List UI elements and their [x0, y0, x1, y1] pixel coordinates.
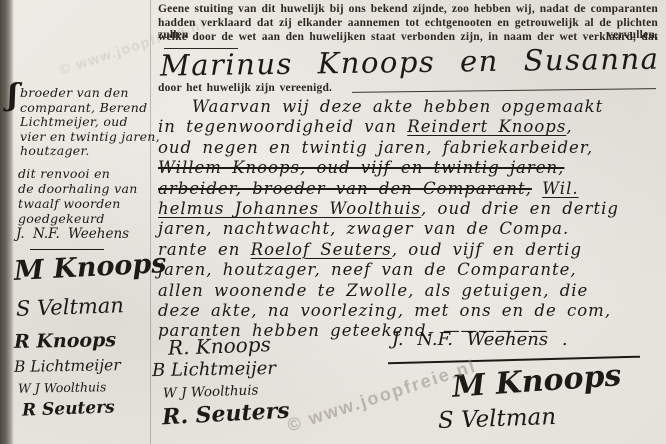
body-line: allen woonende te Zwolle, als getuigen, … [158, 281, 664, 301]
text-segment: in tegenwoordigheid van [158, 117, 407, 136]
body-line: jaren, houtzager, neef van de Comparante… [158, 260, 664, 280]
text-segment: Waarvan wij deze akte hebben opgemaakt [192, 97, 603, 116]
handwritten-body-paragraph: Waarvan wij deze akte hebben opgemaakt i… [158, 97, 664, 342]
text-segment: , oud drie en dertig [421, 199, 619, 218]
margin-note-line: vier en twintig jaren, [20, 130, 150, 145]
margin-approval-note: dit renvooi en de doorhaling van twaalf … [18, 166, 148, 226]
margin-signature-groom: M Knoops [13, 248, 167, 287]
text-segment: jaren, nachtwacht, zwager van de Compa. [158, 219, 569, 238]
body-line: in tegenwoordigheid van Reindert Knoops, [158, 117, 664, 137]
margin-signature-witness-4: R Seuters [22, 397, 115, 420]
printed-vereenigd-line: door het huwelijk zijn vereenigd. [158, 82, 332, 94]
text-segment: Reindert Knoops [407, 117, 566, 136]
margin-signature-bride: S Veltman [16, 293, 125, 321]
renvooi-insertion-mark: ʃ [8, 78, 18, 113]
text-segment: jaren, houtzager, neef van de Comparante… [158, 260, 577, 279]
signature-witness-2: B Lichtmeijer [152, 358, 276, 381]
margin-note-line: broeder van den [20, 86, 150, 101]
margin-approval-line: dit renvooi en [18, 166, 148, 181]
printed-header-line-3-text: welke door de wet aan den huwelijken sta… [158, 31, 658, 43]
signature-witness-3: W J Woolthuis [163, 382, 259, 401]
text-segment [532, 179, 542, 198]
body-line-struck: arbeider, broeder van den Comparant, Wil… [158, 179, 664, 199]
margin-signature-witness-1: R Knoops [14, 329, 116, 353]
margin-approval-line: goedgekeurd [18, 211, 148, 226]
signature-witness-1: R. Knoops [168, 332, 272, 360]
text-segment: Willem Knoops, oud vijf en twintig jaren… [158, 158, 564, 177]
page-binding-shadow [0, 0, 14, 444]
body-line-struck: Willem Knoops, oud vijf en twintig jaren… [158, 158, 664, 178]
margin-column: ʃ broeder van den comparant, Berend Lich… [14, 0, 150, 444]
margin-signature-official: J. N.F. Weehens [16, 226, 129, 242]
margin-note-line: houtzager. [20, 144, 150, 159]
body-line: deze akte, na voorlezing, met ons en de … [158, 301, 664, 321]
signature-witness-4: R. Seuters [161, 398, 290, 431]
text-segment: Wil. [542, 179, 578, 198]
text-segment: allen woonende te Zwolle, als getuigen, … [158, 281, 588, 300]
margin-note: broeder van den comparant, Berend Lichtm… [20, 86, 150, 159]
margin-signature-witness-2: B Lichtmeijer [14, 356, 121, 376]
margin-separator-line [150, 0, 151, 444]
margin-approval-line: twaalf woorden [18, 196, 148, 211]
printed-header-line-1: Geene stuiting van dit huwelijk bij ons … [158, 3, 658, 15]
text-segment: arbeider, broeder van den Comparant, [158, 179, 532, 198]
text-segment: , [566, 117, 572, 136]
text-segment: oud negen en twintig jaren, fabriekarbei… [158, 138, 593, 157]
body-line: oud negen en twintig jaren, fabriekarbei… [158, 138, 664, 158]
margin-approval-line: de doorhaling van [18, 181, 148, 196]
margin-signature-underline [30, 249, 104, 250]
margin-note-line: comparant, Berend [20, 101, 150, 116]
body-line: jaren, nachtwacht, zwager van de Compa. [158, 219, 664, 239]
filler-rule-line [352, 88, 656, 93]
marriage-record-scan: © www.joopfreie.nl ʃ broeder van den com… [0, 0, 666, 444]
text-segment: helmus Johannes Woolthuis [158, 199, 421, 218]
body-line: helmus Johannes Woolthuis, oud drie en d… [158, 199, 664, 219]
margin-note-line: Lichtmeijer, oud [20, 115, 150, 130]
body-line: Waarvan wij deze akte hebben opgemaakt [158, 97, 664, 117]
signature-groom: M Knoops [451, 358, 622, 405]
text-segment: Roelof Seuters [251, 240, 392, 259]
margin-signature-witness-3: W J Woolthuis [18, 379, 107, 396]
body-line: rante en Roelof Seuters, oud vijf en der… [158, 240, 664, 260]
signature-bride: S Veltman [438, 404, 557, 434]
signature-official: J. N.F. Weehens . [392, 329, 568, 350]
text-segment: deze akte, na voorlezing, met ons en de … [158, 301, 611, 320]
text-segment: , oud vijf en dertig [392, 240, 582, 259]
text-segment: rante en [158, 240, 251, 259]
